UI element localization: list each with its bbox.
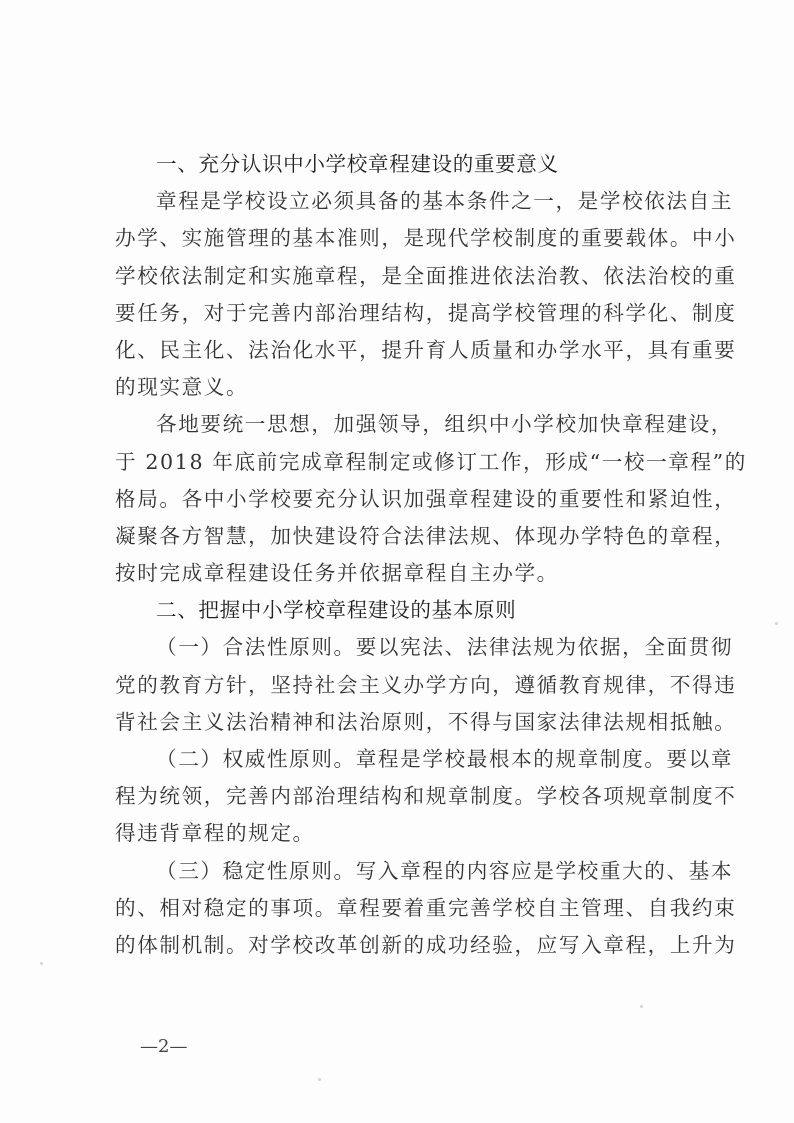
- text-line: 各地要统一思想，加强领导，组织中小学校加快章程建设，: [115, 406, 699, 443]
- section-heading-1: 一、充分认识中小学校章程建设的重要意义: [115, 146, 699, 183]
- text-line: 的体制机制。对学校改革创新的成功经验，应写入章程，上升为: [115, 927, 699, 964]
- scan-speck: [40, 962, 43, 965]
- text-line: （一）合法性原则。要以宪法、法律法规为依据，全面贯彻: [115, 629, 699, 666]
- text-line: 学校依法制定和实施章程，是全面推进依法治教、依法治校的重: [115, 258, 699, 295]
- text-line: 的现实意义。: [115, 369, 699, 406]
- text-line: 格局。各中小学校要充分认识加强章程建设的重要性和紧迫性，: [115, 481, 699, 518]
- scan-speck: [640, 1005, 643, 1008]
- paragraph-1-2: 各地要统一思想，加强领导，组织中小学校加快章程建设， 于 2018 年底前完成章…: [115, 406, 699, 592]
- text-line: （三）稳定性原则。写入章程的内容应是学校重大的、基本: [115, 853, 699, 890]
- scan-speck: [775, 622, 778, 625]
- text-line: 化、民主化、法治化水平，提升育人质量和办学水平，具有重要: [115, 332, 699, 369]
- text-line: 背社会主义法治精神和法治原则，不得与国家法律法规相抵触。: [115, 704, 699, 741]
- paragraph-1-1: 章程是学校设立必须具备的基本条件之一，是学校依法自主 办学、实施管理的基本准则，…: [115, 183, 699, 406]
- paragraph-2-2: （二）权威性原则。章程是学校最根本的规章制度。要以章 程为统领，完善内部治理结构…: [115, 741, 699, 853]
- text-line: （二）权威性原则。章程是学校最根本的规章制度。要以章: [115, 741, 699, 778]
- text-line: 于 2018 年底前完成章程制定或修订工作，形成“一校一章程”的: [115, 444, 699, 481]
- document-page: 一、充分认识中小学校章程建设的重要意义 章程是学校设立必须具备的基本条件之一，是…: [0, 0, 794, 1123]
- text-line: 程为统领，完善内部治理结构和规章制度。学校各项规章制度不: [115, 778, 699, 815]
- text-line: 要任务，对于完善内部治理结构，提高学校管理的科学化、制度: [115, 295, 699, 332]
- text-line: 党的教育方针，坚持社会主义办学方向，遵循教育规律，不得违: [115, 667, 699, 704]
- document-body: 一、充分认识中小学校章程建设的重要意义 章程是学校设立必须具备的基本条件之一，是…: [115, 146, 699, 964]
- scan-speck: [318, 1078, 321, 1081]
- text-line: 办学、实施管理的基本准则，是现代学校制度的重要载体。中小: [115, 220, 699, 257]
- text-line: 的、相对稳定的事项。章程要着重完善学校自主管理、自我约束: [115, 890, 699, 927]
- text-line: 凝聚各方智慧，加快建设符合法律法规、体现办学特色的章程，: [115, 518, 699, 555]
- paragraph-2-3: （三）稳定性原则。写入章程的内容应是学校重大的、基本 的、相对稳定的事项。章程要…: [115, 853, 699, 965]
- text-line: 按时完成章程建设任务并依据章程自主办学。: [115, 555, 699, 592]
- section-heading-2: 二、把握中小学校章程建设的基本原则: [115, 592, 699, 629]
- paragraph-2-1: （一）合法性原则。要以宪法、法律法规为依据，全面贯彻 党的教育方针，坚持社会主义…: [115, 629, 699, 741]
- text-line: 得违背章程的规定。: [115, 815, 699, 852]
- page-number: —2—: [140, 1036, 187, 1057]
- text-line: 章程是学校设立必须具备的基本条件之一，是学校依法自主: [115, 183, 699, 220]
